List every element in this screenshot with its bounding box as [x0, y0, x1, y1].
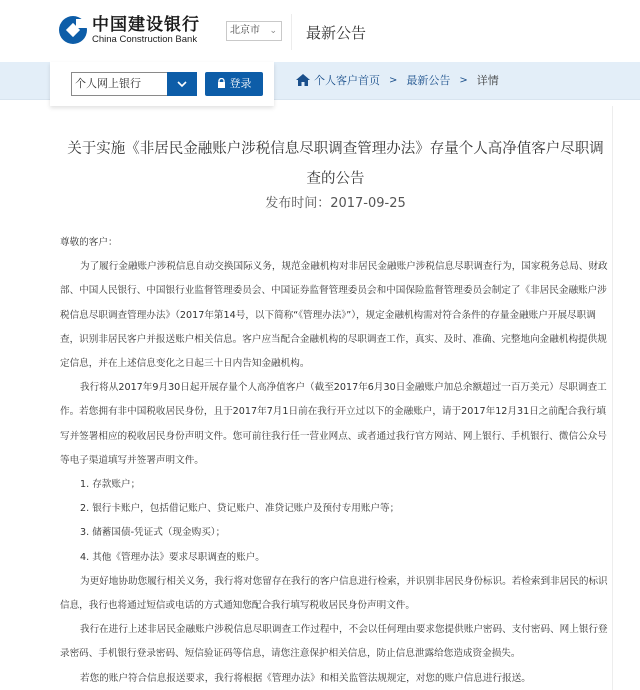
article-title: 关于实施《非居民金融账户涉税信息尽职调查管理办法》存量个人高净值客户尽职调查的公… [58, 134, 613, 194]
article-body: 尊敬的客户： 为了履行金融账户涉税信息自动交换国际义务，规范金融机构对非居民金融… [60, 231, 608, 690]
chevron-down-icon [177, 80, 187, 88]
breadcrumb-current: 详情 [477, 72, 499, 88]
breadcrumb-separator: > [459, 75, 467, 86]
paragraph: 我行将从2017年9月30日起开展存量个人高净值客户（截至2017年6月30日金… [60, 376, 608, 473]
publish-date: 发布时间：2017-09-25 [58, 192, 613, 211]
city-selected-value: 北京市 [230, 25, 260, 36]
login-button[interactable]: 登录 [205, 72, 263, 96]
channel-selected-value: 个人网上银行 [75, 77, 141, 90]
header-divider [291, 14, 292, 50]
paragraph: 为了履行金融账户涉税信息自动交换国际义务，规范金融机构对非居民金融账户涉税信息尽… [60, 255, 608, 376]
greeting: 尊敬的客户： [60, 231, 608, 255]
login-panel: 个人网上银行 登录 [50, 62, 274, 106]
paragraph: 我行在进行上述非居民金融账户涉税信息尽职调查工作过程中，不会以任何理由要求您提供… [60, 618, 608, 666]
bank-logo[interactable]: 中国建设银行 China Construction Bank [58, 15, 200, 45]
city-select[interactable]: 北京市 ⌄ [226, 21, 282, 41]
logo-english-name: China Construction Bank [92, 34, 200, 45]
paragraph: 若您的账户符合信息报送要求，我行将根据《管理办法》和相关监管法规规定，对您的账户… [60, 667, 608, 690]
top-header: 中国建设银行 China Construction Bank 北京市 ⌄ 最新公… [0, 0, 640, 62]
paragraph: 为更好地协助您履行相关义务，我行将对您留存在我行的客户信息进行检索，并识别非居民… [60, 570, 608, 618]
list-item: 4. 其他《管理办法》要求尽职调查的账户。 [60, 546, 608, 570]
list-item: 1. 存款账户； [60, 473, 608, 497]
section-title: 最新公告 [306, 22, 366, 43]
breadcrumb-section-link[interactable]: 最新公告 [406, 72, 450, 88]
publish-date-value: 2017-09-25 [330, 196, 406, 211]
publish-date-label: 发布时间： [265, 196, 330, 211]
list-item: 2. 银行卡账户，包括借记账户、贷记账户、准贷记账户及预付专用账户等； [60, 497, 608, 521]
list-item: 3. 储蓄国债-凭证式（现金购买）； [60, 521, 608, 545]
chevron-down-icon: ⌄ [269, 22, 277, 40]
breadcrumb: 个人客户首页 > 最新公告 > 详情 [296, 72, 499, 88]
channel-select[interactable]: 个人网上银行 [71, 72, 168, 96]
ccb-logo-icon [58, 15, 88, 45]
channel-dropdown-button[interactable] [167, 72, 197, 96]
lock-icon [217, 78, 226, 88]
home-icon[interactable] [296, 74, 310, 86]
article-content: 关于实施《非居民金融账户涉税信息尽职调查管理办法》存量个人高净值客户尽职调查的公… [58, 106, 613, 690]
logo-chinese-name: 中国建设银行 [92, 16, 200, 34]
login-label: 登录 [230, 77, 252, 90]
breadcrumb-home-link[interactable]: 个人客户首页 [314, 72, 380, 88]
breadcrumb-separator: > [389, 75, 397, 86]
